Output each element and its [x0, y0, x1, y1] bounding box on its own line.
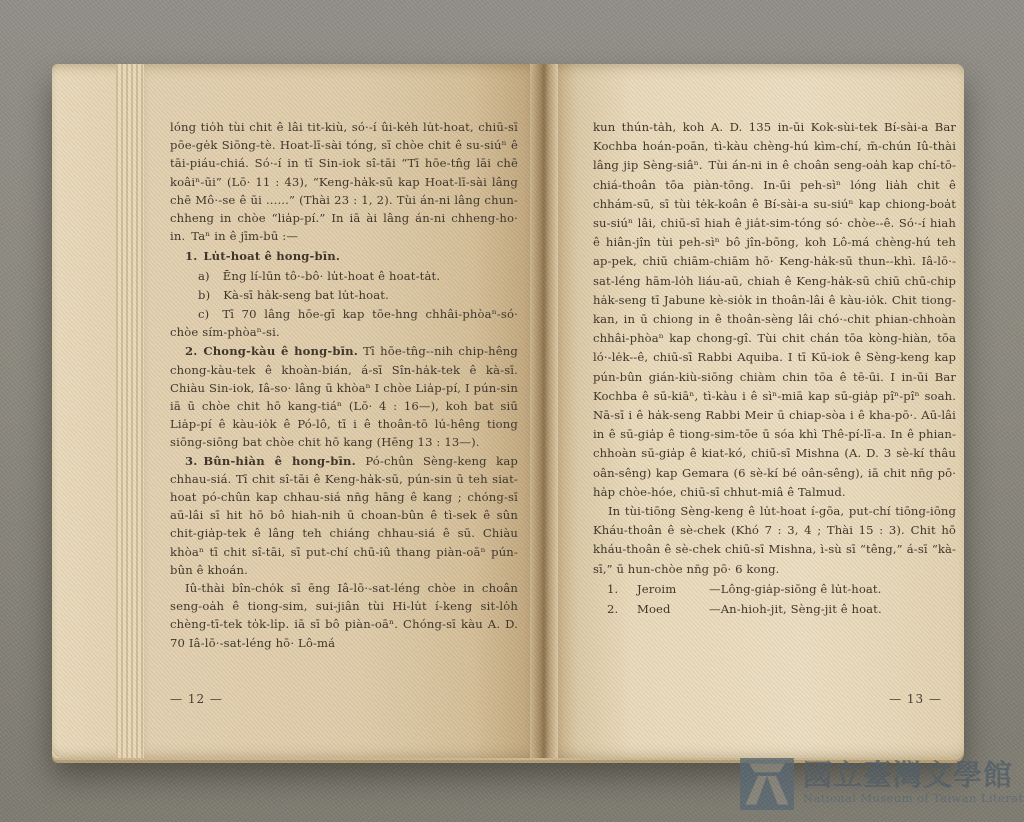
list-marker: a) [198, 269, 210, 283]
section-paragraph-2: 2. Chong-kàu ê hong-bīn. Tī hōe-tn̂g--ni… [170, 342, 518, 451]
list-marker: b) [198, 288, 210, 302]
list-marker: c) [198, 307, 209, 321]
paragraph: Iû-thài bîn-cho̍k sī ēng Iâ-lō·-sat-léng… [170, 579, 518, 652]
list-number: 1. [607, 580, 637, 599]
tractate-list-row: 1. Jeroim —Lông-gia̍p-siōng ê lu̍t-hoat. [607, 580, 956, 599]
page-right-text: kun thún-ta̍h, koh A. D. 135 in-ūi Kok-s… [593, 118, 956, 692]
section-lead: 3. Bûn-hiàn ê hong-bīn. [185, 454, 356, 468]
page-left: lóng tio̍h tùi chit ê lâi tit-kiù, só·-í… [144, 64, 530, 758]
section-heading-1: 1. Lu̍t-hoat ê hong-bīn. [170, 247, 518, 265]
section-body: Tī hōe-tn̂g--nih chip-hêng chong-kàu-tek… [170, 344, 518, 449]
book-photo: lóng tio̍h tùi chit ê lâi tit-kiù, só·-í… [0, 0, 1024, 822]
tractate-name: Moed [637, 600, 709, 619]
watermark-title-chinese: 國立臺灣文學館 [803, 758, 1024, 792]
watermark-text: 國立臺灣文學館 National Museum of Taiwan Litera… [803, 758, 1024, 805]
tractate-list-row: 2. Moed —An-hioh-jit, Sèng-jit ê hoat. [607, 600, 956, 619]
page-right: kun thún-ta̍h, koh A. D. 135 in-ūi Kok-s… [558, 64, 964, 758]
section-lead: 2. Chong-kàu ê hong-bīn. [185, 344, 358, 358]
page-number-left: — 12 — [170, 692, 223, 706]
section-body: Pó-chûn Sèng-keng kap chhau-siá. Tī chit… [170, 454, 518, 577]
list-item-text: Ēng lí-lūn tô·-bô· lu̍t-hoat ê hoat-ta̍t… [223, 269, 440, 283]
tractate-name: Jeroim [637, 580, 709, 599]
tractate-description: —An-hioh-jit, Sèng-jit ê hoat. [709, 600, 956, 619]
watermark-title-english: National Museum of Taiwan Literature [803, 792, 1024, 805]
list-item-a: a)Ēng lí-lūn tô·-bô· lu̍t-hoat ê hoat-ta… [170, 267, 518, 285]
book-gutter [530, 64, 558, 758]
list-number: 2. [607, 600, 637, 619]
open-book: lóng tio̍h tùi chit ê lâi tit-kiù, só·-í… [52, 64, 964, 758]
paragraph-continuation: kun thún-ta̍h, koh A. D. 135 in-ūi Kok-s… [593, 118, 956, 502]
page-number-right: — 13 — [889, 692, 942, 706]
paragraph: In tùi-tiōng Sèng-keng ê lu̍t-hoat í-gōa… [593, 502, 956, 579]
page-left-text: lóng tio̍h tùi chit ê lâi tit-kiù, só·-í… [170, 118, 518, 694]
section-paragraph-3: 3. Bûn-hiàn ê hong-bīn. Pó-chûn Sèng-ken… [170, 452, 518, 579]
nmtl-logo-icon [740, 758, 794, 810]
nmtl-watermark: 國立臺灣文學館 National Museum of Taiwan Litera… [740, 758, 1020, 810]
list-item-text: Tī 70 lâng hōe-gī kap tōe-hng chhâi-phòa… [170, 307, 518, 339]
tractate-description: —Lông-gia̍p-siōng ê lu̍t-hoat. [709, 580, 956, 599]
list-item-text: Kà-sī ha̍k-seng bat lu̍t-hoat. [223, 288, 389, 302]
list-item-b: b)Kà-sī ha̍k-seng bat lu̍t-hoat. [170, 286, 518, 304]
page-edge-stack [116, 64, 144, 758]
paragraph-continuation: lóng tio̍h tùi chit ê lâi tit-kiù, só·-í… [170, 118, 518, 245]
list-item-c: c)Tī 70 lâng hōe-gī kap tōe-hng chhâi-ph… [170, 305, 518, 341]
